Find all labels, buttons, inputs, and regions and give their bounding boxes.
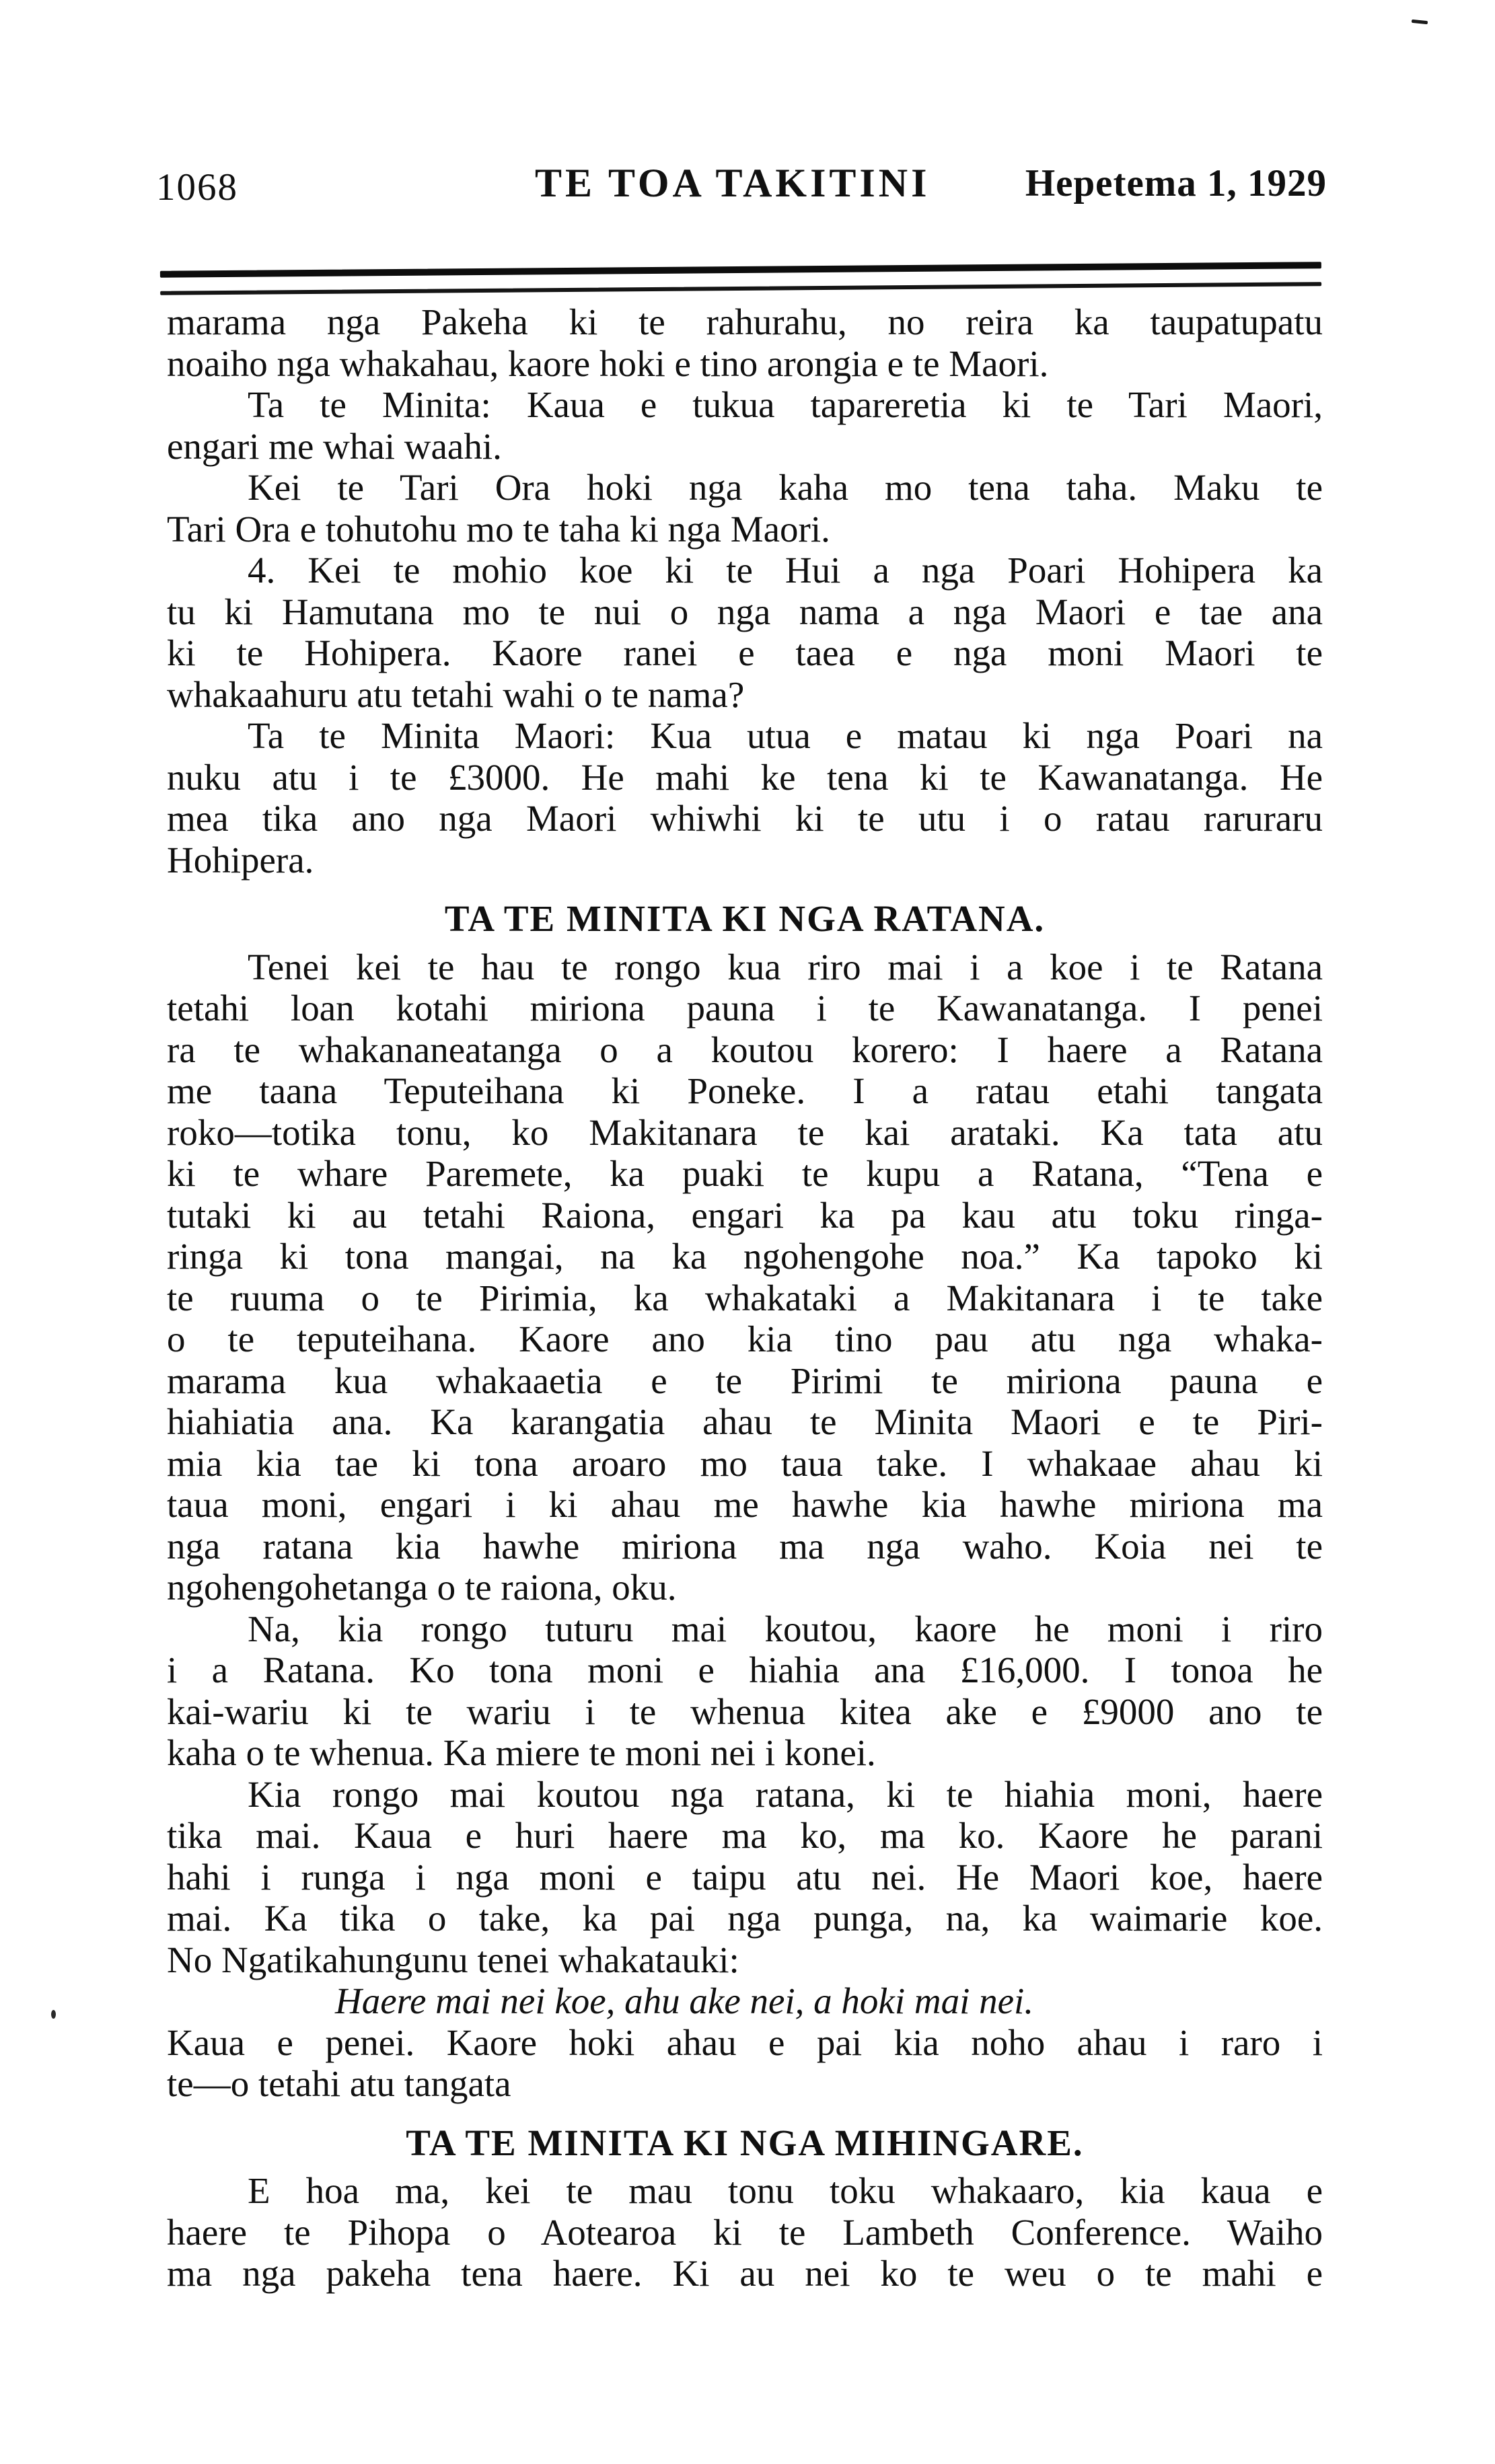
text-line: tika mai. Kaua e huri haere ma ko, ma ko… xyxy=(167,1815,1323,1857)
text-line: Ta te Minita: Kaua e tukua tapareretia k… xyxy=(167,384,1323,426)
text-line: hahi i runga i nga moni e taipu atu nei.… xyxy=(167,1857,1323,1898)
issue-date: Hepetema 1, 1929 xyxy=(1025,161,1327,205)
text-line: marama kua whakaaetia e te Pirimi te mir… xyxy=(167,1360,1323,1402)
scan-speck xyxy=(1412,20,1428,24)
text-line: Tenei kei te hau te rongo kua riro mai i… xyxy=(167,946,1323,988)
text-line: E hoa ma, kei te mau tonu toku whakaaro,… xyxy=(167,2170,1323,2212)
text-column: marama nga Pakeha ki te rahurahu, no rei… xyxy=(167,301,1323,2294)
text-line: roko—totika tonu, ko Makitanara te kai a… xyxy=(167,1112,1323,1154)
text-line: Tari Ora e tohutohu mo te taha ki nga Ma… xyxy=(167,509,1323,550)
text-line: 4. Kei te mohio koe ki te Hui a nga Poar… xyxy=(167,550,1323,591)
text-line: noaiho nga whakahau, kaore hoki e tino a… xyxy=(167,343,1323,385)
text-line: engari me whai waahi. xyxy=(167,426,1323,468)
text-line: kaha o te whenua. Ka miere te moni nei i… xyxy=(167,1732,1323,1774)
text-line: kai-wariu ki te wariu i te whenua kitea … xyxy=(167,1691,1323,1733)
text-line: ringa ki tona mangai, na ka ngohengohe n… xyxy=(167,1236,1323,1277)
text-line: nga ratana kia hawhe miriona ma nga waho… xyxy=(167,1526,1323,1567)
text-line: ngohengohetanga o te raiona, oku. xyxy=(167,1567,1323,1608)
scan-speck xyxy=(51,2010,56,2019)
text-line: o te teputeihana. Kaore ano kia tino pau… xyxy=(167,1318,1323,1360)
text-line: marama nga Pakeha ki te rahurahu, no rei… xyxy=(167,301,1323,343)
text-line: Ta te Minita Maori: Kua utua e matau ki … xyxy=(167,715,1323,757)
text-line: hiahiatia ana. Ka karangatia ahau te Min… xyxy=(167,1401,1323,1443)
newspaper-title: TE TOA TAKITINI xyxy=(535,160,930,207)
text-line: ma nga pakeha tena haere. Ki au nei ko t… xyxy=(167,2253,1323,2294)
text-line: nuku atu i te £3000. He mahi ke tena ki … xyxy=(167,757,1323,798)
text-line: Kei te Tari Ora hoki nga kaha mo tena ta… xyxy=(167,467,1323,509)
text-line: taua moni, engari i ki ahau me hawhe kia… xyxy=(167,1484,1323,1526)
text-line: te—o tetahi atu tangata xyxy=(167,2063,1323,2105)
page-number: 1068 xyxy=(156,165,238,209)
text-line: te ruuma o te Pirimia, ka whakataki a Ma… xyxy=(167,1277,1323,1319)
text-line: mia kia tae ki tona aroaro mo taua take.… xyxy=(167,1443,1323,1485)
text-line: Kia rongo mai koutou nga ratana, ki te h… xyxy=(167,1774,1323,1816)
text-line: me taana Teputeihana ki Poneke. I a rata… xyxy=(167,1070,1323,1112)
text-line: i a Ratana. Ko tona moni e hiahia ana £1… xyxy=(167,1649,1323,1691)
text-line: ki te Hohipera. Kaore ranei e taea e nga… xyxy=(167,632,1323,674)
header-rule xyxy=(160,262,1321,295)
text-line: tutaki ki au tetahi Raiona, engari ka pa… xyxy=(167,1195,1323,1236)
text-line: whakaahuru atu tetahi wahi o te nama? xyxy=(167,674,1323,716)
text-line: ra te whakananeatanga o a koutou korero:… xyxy=(167,1029,1323,1071)
text-line: tu ki Hamutana mo te nui o nga nama a ng… xyxy=(167,591,1323,633)
text-line: mai. Ka tika o take, ka pai nga punga, n… xyxy=(167,1898,1323,1939)
text-line: tetahi loan kotahi miriona pauna i te Ka… xyxy=(167,987,1323,1029)
scanned-newspaper-page: 1068 TE TOA TAKITINI Hepetema 1, 1929 ma… xyxy=(0,0,1495,2464)
text-line: mea tika ano nga Maori whiwhi ki te utu … xyxy=(167,798,1323,839)
text-line: Kaua e penei. Kaore hoki ahau e pai kia … xyxy=(167,2022,1323,2064)
section-heading: TA TE MINITA KI NGA RATANA. xyxy=(167,898,1323,940)
text-line: Haere mai nei koe, ahu ake nei, a hoki m… xyxy=(167,1980,1323,2022)
text-line: Hohipera. xyxy=(167,839,1323,881)
text-line: haere te Pihopa o Aotearoa ki te Lambeth… xyxy=(167,2212,1323,2253)
text-line: No Ngatikahungunu tenei whakatauki: xyxy=(167,1939,1323,1981)
text-line: Na, kia rongo tuturu mai koutou, kaore h… xyxy=(167,1608,1323,1650)
section-heading: TA TE MINITA KI NGA MIHINGARE. xyxy=(167,2122,1323,2164)
text-line: ki te whare Paremete, ka puaki te kupu a… xyxy=(167,1153,1323,1195)
